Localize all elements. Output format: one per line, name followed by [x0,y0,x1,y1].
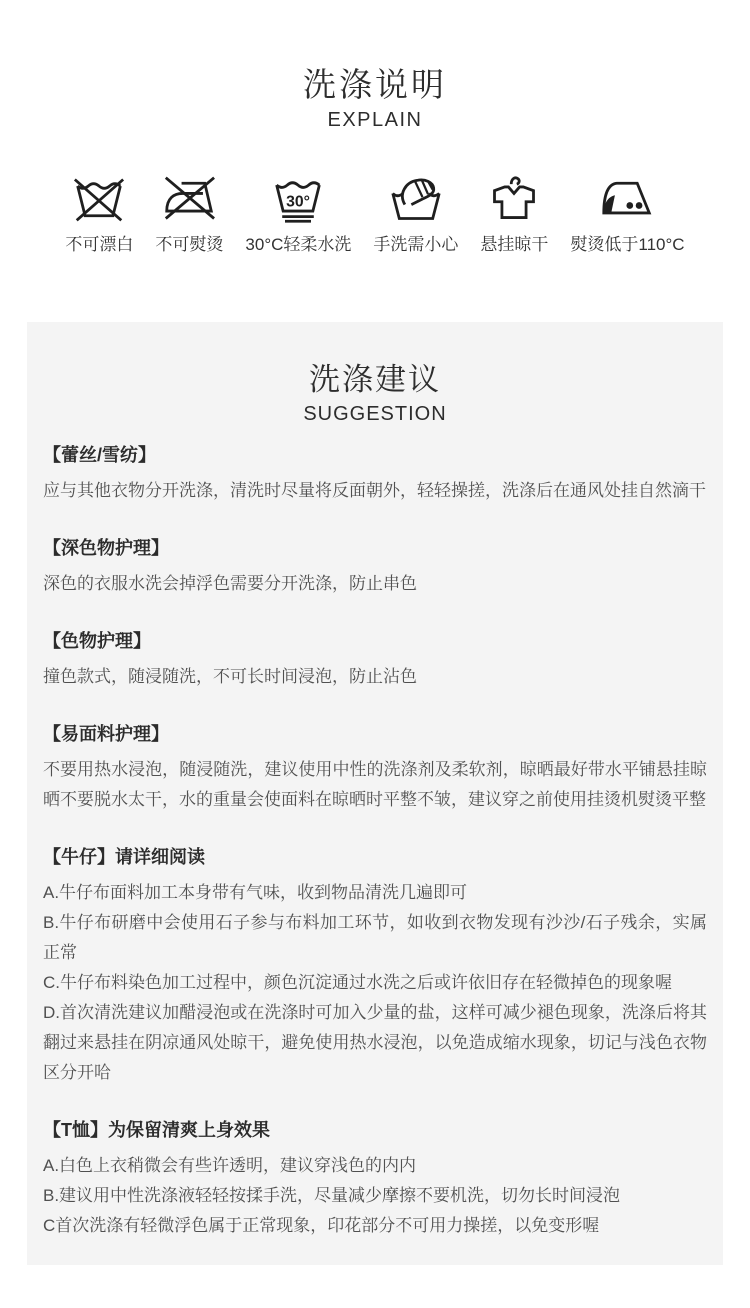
care-item-no-bleach: 不可漂白 [65,173,133,256]
suggestion-section: 【牛仔】请详细阅读A.牛仔布面料加工本身带有气味，收到物品清洗几遍即可B.牛仔布… [43,845,707,1088]
care-item-iron-low-temp: 熨烫低于110°C [570,173,684,256]
care-item-no-iron: 不可熨烫 [155,173,223,256]
section-paragraph: D.首次清洗建议加醋浸泡或在洗涤时可加入少量的盐，这样可减少褪色现象，洗涤后将其… [43,998,707,1088]
suggestion-panel: 洗涤建议 SUGGESTION 【蕾丝/雪纺】应与其他衣物分开洗涤，清洗时尽量将… [27,322,723,1265]
no-iron-icon [159,173,219,225]
page-title: 洗涤说明 [0,64,750,106]
care-label: 不可漂白 [65,234,133,256]
section-paragraph: 撞色款式，随浸随洗，不可长时间浸泡，防止沾色 [43,662,707,692]
hang-dry-icon [484,173,544,225]
hand-wash-icon [386,173,446,225]
care-icons-row: 不可漂白不可熨烫30°30°C轻柔水洗手洗需小心悬挂晾干熨烫低于110°C [0,173,750,256]
section-paragraph: A.牛仔布面料加工本身带有气味，收到物品清洗几遍即可 [43,878,707,908]
section-paragraph: 深色的衣服水洗会掉浮色需要分开洗涤，防止串色 [43,569,707,599]
suggestion-section: 【易面料护理】不要用热水浸泡，随浸随洗，建议使用中性的洗涤剂及柔软剂，晾晒最好带… [43,722,707,815]
section-heading: 【牛仔】请详细阅读 [43,845,707,869]
page-subtitle: EXPLAIN [0,107,750,133]
suggestion-title: 洗涤建议 [43,360,707,400]
suggestion-section: 【蕾丝/雪纺】应与其他衣物分开洗涤，清洗时尽量将反面朝外，轻轻操搓，洗涤后在通风… [43,443,707,506]
section-paragraph: A.白色上衣稍微会有些许透明，建议穿浅色的内内 [43,1151,707,1181]
section-paragraph: C首次洗涤有轻微浮色属于正常现象，印花部分不可用力操搓，以免变形喔 [43,1211,707,1241]
suggestion-section: 【深色物护理】深色的衣服水洗会掉浮色需要分开洗涤，防止串色 [43,536,707,599]
section-paragraph: C.牛仔布料染色加工过程中，颜色沉淀通过水洗之后或许依旧存在轻微掉色的现象喔 [43,968,707,998]
care-label: 手洗需小心 [373,234,458,256]
suggestion-sections: 【蕾丝/雪纺】应与其他衣物分开洗涤，清洗时尽量将反面朝外，轻轻操搓，洗涤后在通风… [43,443,707,1241]
suggestion-subtitle: SUGGESTION [43,401,707,427]
care-label: 不可熨烫 [155,234,223,256]
care-label: 熨烫低于110°C [570,234,684,256]
section-heading: 【T恤】为保留清爽上身效果 [43,1118,707,1142]
care-item-hang-dry: 悬挂晾干 [480,173,548,256]
svg-text:30°: 30° [286,193,310,210]
section-paragraph: 不要用热水浸泡，随浸随洗，建议使用中性的洗涤剂及柔软剂，晾晒最好带水平铺悬挂晾晒… [43,755,707,815]
section-heading: 【色物护理】 [43,629,707,653]
section-paragraph: B.牛仔布研磨中会使用石子参与布料加工环节，如收到衣物发现有沙沙/石子残余，实属… [43,908,707,968]
section-heading: 【深色物护理】 [43,536,707,560]
section-heading: 【蕾丝/雪纺】 [43,443,707,467]
suggestion-section: 【T恤】为保留清爽上身效果A.白色上衣稍微会有些许透明，建议穿浅色的内内B.建议… [43,1118,707,1241]
section-paragraph: B.建议用中性洗涤液轻轻按揉手洗，尽量减少摩擦不要机洗，切勿长时间浸泡 [43,1181,707,1211]
care-item-wash-30: 30°30°C轻柔水洗 [245,173,351,256]
product-care-page: 洗涤说明 EXPLAIN 不可漂白不可熨烫30°30°C轻柔水洗手洗需小心悬挂晾… [0,0,750,1308]
wash-explain-header: 洗涤说明 EXPLAIN [0,0,750,133]
wash-30-icon: 30° [268,173,328,225]
care-item-hand-wash: 手洗需小心 [373,173,458,256]
care-label: 悬挂晾干 [480,234,548,256]
suggestion-section: 【色物护理】撞色款式，随浸随洗，不可长时间浸泡，防止沾色 [43,629,707,692]
section-paragraph: 应与其他衣物分开洗涤，清洗时尽量将反面朝外，轻轻操搓，洗涤后在通风处挂自然滴干 [43,476,707,506]
no-bleach-icon [69,173,129,225]
section-heading: 【易面料护理】 [43,722,707,746]
care-label: 30°C轻柔水洗 [245,234,351,256]
iron-low-temp-icon [597,173,657,225]
